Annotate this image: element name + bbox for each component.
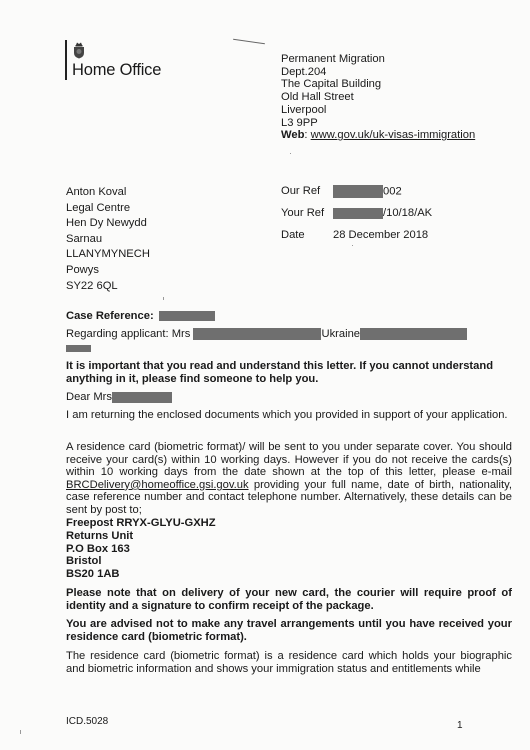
- return-address-line: Freepost RRYX-GLYU-GXHZ: [66, 517, 512, 530]
- redaction: [66, 345, 91, 352]
- case-reference: Case Reference:: [66, 310, 512, 323]
- redaction: [112, 392, 172, 403]
- your-ref-label: Your Ref: [281, 207, 331, 219]
- page-number: 1: [457, 720, 463, 731]
- date-value: 28 December 2018: [333, 229, 428, 241]
- recipient-line: Sarnau: [66, 232, 150, 248]
- salutation: Dear Mrs: [66, 391, 512, 404]
- recipient-line: Anton Koval: [66, 185, 150, 201]
- scan-speck: [352, 245, 353, 246]
- logo-divider: [65, 40, 67, 80]
- redaction: [333, 208, 383, 219]
- scan-speck: [20, 730, 21, 734]
- scan-mark: [233, 39, 265, 44]
- paragraph-residence-card: A residence card (biometric format)/ wil…: [66, 441, 512, 517]
- paragraph-returning-documents: I am returning the enclosed documents wh…: [66, 409, 512, 422]
- sender-line: Liverpool: [281, 104, 475, 117]
- form-code: ICD.5028: [66, 716, 108, 727]
- recipient-line: Legal Centre: [66, 201, 150, 217]
- recipient-line: LLANYMYNECH: [66, 247, 150, 263]
- redaction: [360, 328, 467, 340]
- our-ref-label: Our Ref: [281, 185, 331, 197]
- case-reference-label: Case Reference:: [66, 310, 154, 322]
- your-ref-value: /10/18/AK: [383, 207, 432, 219]
- sender-line: Old Hall Street: [281, 91, 475, 104]
- scan-speck: [290, 153, 291, 154]
- paragraph-residence-card-info: The residence card (biometric format) is…: [66, 650, 512, 675]
- redaction: [333, 185, 383, 198]
- royal-crest-icon: [73, 42, 85, 59]
- redaction: [193, 328, 321, 340]
- return-address-line: Returns Unit: [66, 530, 512, 543]
- sender-line: Dept.204: [281, 66, 475, 79]
- web-line: Web: www.gov.uk/uk-visas-immigration: [281, 129, 475, 142]
- our-ref-value: 002: [383, 185, 402, 197]
- return-address-line: BS20 1AB: [66, 568, 512, 581]
- return-address-line: P.O Box 163: [66, 543, 512, 556]
- home-office-logo-text: Home Office: [72, 61, 161, 80]
- email-link[interactable]: BRCDelivery@homeoffice.gsi.gov.uk: [66, 479, 249, 491]
- delivery-note: Please note that on delivery of your new…: [66, 587, 512, 612]
- sender-line: L3 9PP: [281, 117, 475, 130]
- nationality: Ukraine: [321, 328, 360, 340]
- scan-speck: [163, 297, 164, 300]
- recipient-line: SY22 6QL: [66, 279, 150, 295]
- return-address-line: Bristol: [66, 555, 512, 568]
- redaction: [159, 311, 215, 321]
- return-address: Freepost RRYX-GLYU-GXHZ Returns Unit P.O…: [66, 517, 512, 581]
- date-label: Date: [281, 229, 331, 241]
- website-link[interactable]: www.gov.uk/uk-visas-immigration: [311, 129, 476, 141]
- regarding-applicant: Regarding applicant: Mrs Ukraine: [66, 328, 512, 355]
- sender-line: Permanent Migration: [281, 53, 475, 66]
- sender-line: The Capital Building: [281, 78, 475, 91]
- recipient-line: Powys: [66, 263, 150, 279]
- web-label: Web: [281, 129, 304, 141]
- letter-page: Home Office Permanent Migration Dept.204…: [0, 0, 530, 750]
- recipient-address: Anton Koval Legal Centre Hen Dy Newydd S…: [66, 185, 150, 294]
- sender-address: Permanent Migration Dept.204 The Capital…: [281, 53, 475, 142]
- travel-note: You are advised not to make any travel a…: [66, 618, 512, 643]
- recipient-line: Hen Dy Newydd: [66, 216, 150, 232]
- salutation-text: Dear Mrs: [66, 391, 112, 403]
- important-notice: It is important that you read and unders…: [66, 360, 512, 385]
- regarding-label: Regarding applicant: Mrs: [66, 328, 190, 340]
